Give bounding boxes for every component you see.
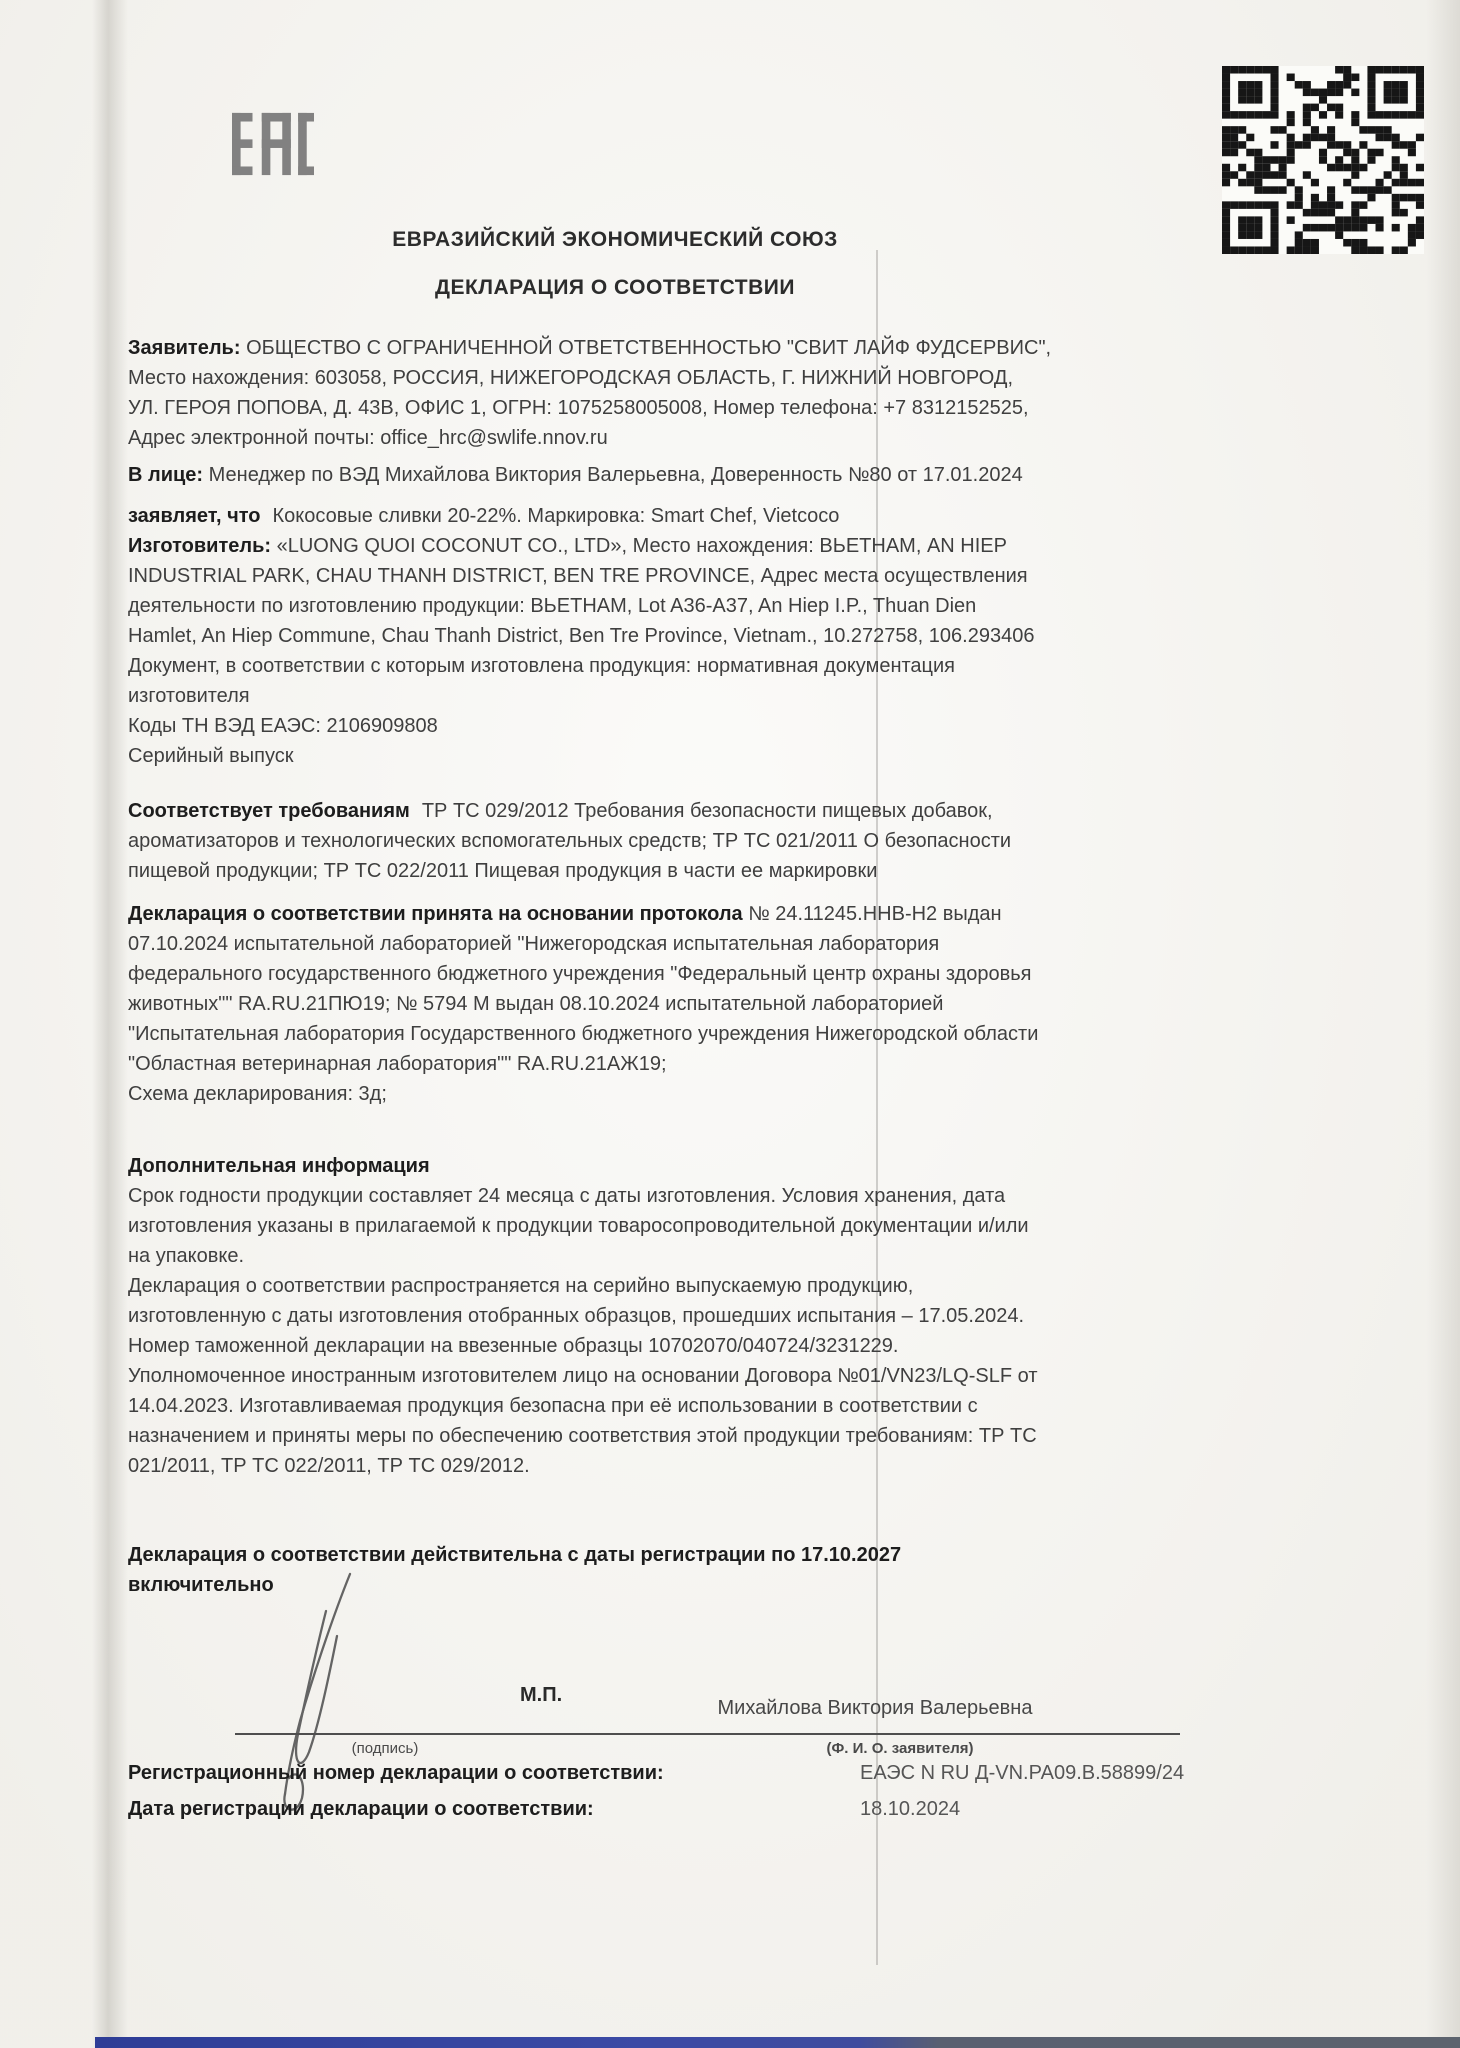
additional-info-line: 021/2011, ТР ТС 022/2011, ТР ТС 029/2012…	[128, 1451, 1037, 1481]
validity-line: Декларация о соответствии действительна …	[128, 1540, 901, 1570]
declaration-document: ЕВРАЗИЙСКИЙ ЭКОНОМИЧЕСКИЙ СОЮЗ ДЕКЛАРАЦИ…	[0, 0, 1460, 2048]
signature-caption: (подпись)	[235, 1740, 535, 1757]
additional-info-line: Декларация о соответствии распространяет…	[128, 1271, 1037, 1301]
registration-date-row: Дата регистрации декларации о соответств…	[128, 1798, 594, 1821]
applicant-label: Заявитель:	[128, 337, 241, 359]
basis-section: Декларация о соответствии принята на осн…	[128, 899, 1038, 1109]
representative-line: В лице: Менеджер по ВЭД Михайлова Виктор…	[128, 460, 1023, 490]
basis-line: 07.10.2024 испытательной лабораторией "Н…	[128, 929, 1038, 959]
scan-crease-left	[92, 0, 128, 2048]
registration-number-value: ЕАЭС N RU Д-VN.РА09.В.58899/24	[860, 1762, 1184, 1785]
additional-info-line: изготовления указаны в прилагаемой к про…	[128, 1211, 1037, 1241]
applicant-address-line: Место нахождения: 603058, РОССИЯ, НИЖЕГО…	[128, 363, 1051, 393]
stamp-place-label: М.П.	[520, 1684, 562, 1707]
basis-label: Декларация о соответствии принята на осн…	[128, 903, 743, 925]
additional-info-line: на упаковке.	[128, 1241, 1037, 1271]
eac-mark-logo	[232, 98, 314, 190]
union-title: ЕВРАЗИЙСКИЙ ЭКОНОМИЧЕСКИЙ СОЮЗ	[140, 228, 1090, 252]
basis-line: Декларация о соответствии принята на осн…	[128, 899, 1038, 929]
manufacturer-line: Hamlet, An Hiep Commune, Chau Thanh Dist…	[128, 621, 1034, 651]
serial-release-line: Серийный выпуск	[128, 741, 1034, 771]
registration-number-row: Регистрационный номер декларации о соотв…	[128, 1762, 664, 1785]
compliance-label: Соответствует требованиям	[128, 800, 410, 822]
basis-line: федерального государственного бюджетного…	[128, 959, 1038, 989]
signer-name-caption: (Ф. И. О. заявителя)	[700, 1740, 1100, 1757]
additional-info-line: Номер таможенной декларации на ввезенные…	[128, 1331, 1037, 1361]
signer-name: Михайлова Виктория Валерьевна	[615, 1697, 1135, 1720]
compliance-line: Соответствует требованиямТР ТС 029/2012 …	[128, 796, 1011, 826]
additional-info-section: Дополнительная информация Срок годности …	[128, 1151, 1037, 1481]
compliance-section: Соответствует требованиямТР ТС 029/2012 …	[128, 796, 1011, 886]
manufacturer-name: «LUONG QUOI COCONUT CO., LTD», Место нах…	[277, 535, 1007, 557]
qr-code	[1222, 66, 1424, 254]
additional-info-heading: Дополнительная информация	[128, 1151, 1037, 1181]
applicant-name: ОБЩЕСТВО С ОГРАНИЧЕННОЙ ОТВЕТСТВЕННОСТЬЮ…	[246, 337, 1051, 359]
basis-text: № 24.11245.ННВ-Н2 выдан	[748, 903, 1001, 925]
basis-line: "Испытательная лаборатория Государственн…	[128, 1019, 1038, 1049]
additional-info-line: назначением и приняты меры по обеспечени…	[128, 1421, 1037, 1451]
basis-line: "Областная ветеринарная лаборатория"" RA…	[128, 1049, 1038, 1079]
product-section: заявляет, чтоКокосовые сливки 20-22%. Ма…	[128, 501, 839, 531]
signature-line	[235, 1733, 655, 1735]
signer-name-line	[615, 1733, 1180, 1735]
declaration-scheme-line: Схема декларирования: 3д;	[128, 1079, 1038, 1109]
additional-info-line: Срок годности продукции составляет 24 ме…	[128, 1181, 1037, 1211]
manufacturer-line: деятельности по изготовлению продукции: …	[128, 591, 1034, 621]
validity-line: включительно	[128, 1570, 901, 1600]
manufacturer-label: Изготовитель:	[128, 535, 271, 557]
manufacturer-line: изготовителя	[128, 681, 1034, 711]
validity-section: Декларация о соответствии действительна …	[128, 1540, 901, 1600]
manufacturer-line: INDUSTRIAL PARK, CHAU THANH DISTRICT, BE…	[128, 561, 1034, 591]
declares-label: заявляет, что	[128, 505, 261, 527]
representative-section: В лице: Менеджер по ВЭД Михайлова Виктор…	[128, 460, 1023, 490]
compliance-line: ароматизаторов и технологических вспомог…	[128, 826, 1011, 856]
basis-line: животных"" RA.RU.21ПЮ19; № 5794 М выдан …	[128, 989, 1038, 1019]
registration-number-label: Регистрационный номер декларации о соотв…	[128, 1762, 664, 1784]
registration-date-value: 18.10.2024	[860, 1798, 960, 1821]
applicant-line: Заявитель: ОБЩЕСТВО С ОГРАНИЧЕННОЙ ОТВЕТ…	[128, 333, 1051, 363]
applicant-address-line: УЛ. ГЕРОЯ ПОПОВА, Д. 43В, ОФИС 1, ОГРН: …	[128, 393, 1051, 423]
tnved-code-line: Коды ТН ВЭД ЕАЭС: 2106909808	[128, 711, 1034, 741]
applicant-email-line: Адрес электронной почты: office_hrc@swli…	[128, 423, 1051, 453]
registration-date-label: Дата регистрации декларации о соответств…	[128, 1798, 594, 1820]
scan-edge-strip	[95, 2037, 1460, 2048]
manufacturer-section: Изготовитель: «LUONG QUOI COCONUT CO., L…	[128, 531, 1034, 771]
product-text: Кокосовые сливки 20-22%. Маркировка: Sma…	[273, 505, 840, 527]
compliance-line: пищевой продукции; ТР ТС 022/2011 Пищева…	[128, 856, 1011, 886]
additional-info-line: 14.04.2023. Изготавливаемая продукция бе…	[128, 1391, 1037, 1421]
representative-text: Менеджер по ВЭД Михайлова Виктория Валер…	[209, 464, 1023, 486]
scan-crease-right	[1426, 0, 1460, 2048]
doc-title: ДЕКЛАРАЦИЯ О СООТВЕТСТВИИ	[140, 276, 1090, 300]
applicant-section: Заявитель: ОБЩЕСТВО С ОГРАНИЧЕННОЙ ОТВЕТ…	[128, 333, 1051, 453]
manufacturer-line: Изготовитель: «LUONG QUOI COCONUT CO., L…	[128, 531, 1034, 561]
additional-info-line: изготовленную с даты изготовления отобра…	[128, 1301, 1037, 1331]
additional-info-line: Уполномоченное иностранным изготовителем…	[128, 1361, 1037, 1391]
representative-label: В лице:	[128, 464, 203, 486]
compliance-text: ТР ТС 029/2012 Требования безопасности п…	[422, 800, 993, 822]
manufacturer-line: Документ, в соответствии с которым изгот…	[128, 651, 1034, 681]
product-line: заявляет, чтоКокосовые сливки 20-22%. Ма…	[128, 501, 839, 531]
